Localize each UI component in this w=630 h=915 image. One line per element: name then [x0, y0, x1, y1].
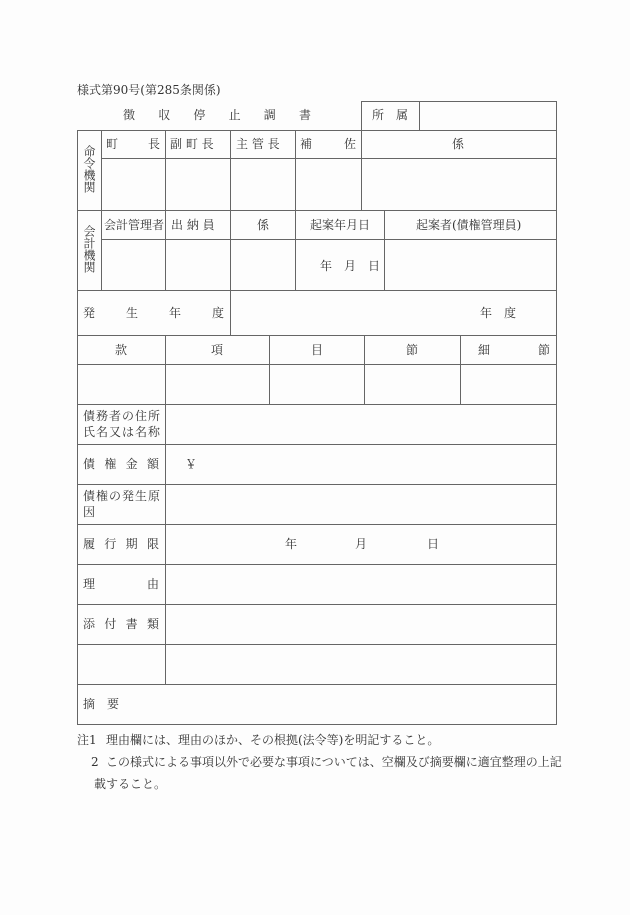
label-part: 佐: [344, 137, 356, 151]
deadline-label: 履 行 期 限: [83, 537, 159, 551]
label-part: 節: [538, 343, 550, 357]
col-staff: 係: [452, 137, 464, 151]
col-mayor: 町 長: [106, 137, 160, 151]
label-char: 金: [126, 457, 138, 471]
col-drafter: 起案者(債権管理員): [416, 218, 521, 232]
label-char: 発: [83, 306, 95, 320]
setsu-field[interactable]: [365, 365, 460, 404]
label-char: 生: [126, 306, 138, 320]
label-char: 度: [212, 306, 224, 320]
draft-date-day: 日: [368, 259, 380, 273]
draft-date-month: 月: [344, 259, 356, 273]
fiscal-year-label: 発 生 年 度: [83, 306, 224, 320]
title-char: 収: [158, 108, 170, 122]
note-1-number: 注1: [77, 733, 97, 747]
label-char: 限: [147, 537, 159, 551]
saisetsu-field[interactable]: [461, 365, 556, 404]
accounting-staff-seal-field[interactable]: [231, 240, 295, 290]
debtor-label-line2: 氏名又は名称: [83, 425, 161, 439]
moku-field[interactable]: [270, 365, 364, 404]
col-accounting-staff: 係: [257, 218, 269, 232]
label-part: 町: [106, 137, 118, 151]
amount-field[interactable]: [200, 445, 556, 484]
title-char: 書: [299, 108, 311, 122]
draft-date-year: 年: [320, 259, 332, 273]
amount-label: 債 権 金 額: [83, 457, 159, 471]
debtor-label-line1: 債務者の住所: [83, 409, 161, 423]
assistant-seal-field[interactable]: [296, 159, 361, 210]
debtor-field[interactable]: [166, 405, 556, 444]
label-char: 行: [104, 537, 116, 551]
label-char: 期: [126, 537, 138, 551]
col-saisetsu: 細 節: [478, 343, 550, 357]
col-department-head: 主 管 長: [236, 137, 280, 151]
label-char: 書: [126, 617, 138, 631]
deputy-mayor-seal-field[interactable]: [166, 159, 230, 210]
label-char: 理: [83, 577, 95, 591]
affiliation-field[interactable]: [420, 102, 555, 129]
col-deputy-mayor: 副 町 長: [170, 137, 214, 151]
deadline-month: 月: [355, 537, 367, 551]
mayor-seal-field[interactable]: [102, 159, 165, 210]
department-head-seal-field[interactable]: [231, 159, 295, 210]
accounting-section-label: 会計機関: [82, 225, 96, 273]
kou-field[interactable]: [166, 365, 269, 404]
label-part: 細: [478, 343, 490, 357]
title-char: 徴: [123, 108, 135, 122]
label-char: 年: [169, 306, 181, 320]
blank-value-field[interactable]: [166, 645, 556, 684]
note-1-text: 理由欄には、理由のほか、その根拠(法令等)を明記すること。: [106, 733, 439, 747]
cashier-seal-field[interactable]: [166, 240, 230, 290]
label-part: 補: [300, 137, 312, 151]
label-char: 付: [104, 617, 116, 631]
label-char: 由: [147, 577, 159, 591]
kan-field[interactable]: [78, 365, 165, 404]
origin-label-line1: 債権の発生原: [83, 489, 161, 503]
col-cashier: 出 納 員: [171, 218, 215, 232]
deadline-day: 日: [427, 537, 439, 551]
yen-symbol: ￥: [185, 457, 197, 471]
summary-label: 摘 要: [83, 697, 119, 711]
note-2-continuation: 載すること。: [94, 777, 166, 791]
col-draft-date: 起案年月日: [310, 218, 370, 232]
label-part: 長: [148, 137, 160, 151]
attachments-field[interactable]: [166, 605, 556, 644]
attachments-label: 添 付 書 類: [83, 617, 159, 631]
affiliation-label: 所 属: [372, 108, 408, 122]
label-char: 履: [83, 537, 95, 551]
title-char: 調: [264, 108, 276, 122]
col-accounting-manager: 会計管理者: [104, 218, 164, 232]
summary-field[interactable]: [130, 685, 556, 724]
staff-seal-field[interactable]: [362, 159, 556, 210]
col-kou: 項: [211, 343, 223, 357]
accounting-manager-seal-field[interactable]: [102, 240, 165, 290]
note-2-text: この様式による事項以外で必要な事項については、空欄及び摘要欄に適宜整理の上記: [106, 755, 562, 769]
reason-label: 理 由: [83, 577, 159, 591]
note-2-number: 2: [91, 755, 99, 769]
title-char: 止: [229, 108, 241, 122]
reason-field[interactable]: [166, 565, 556, 604]
origin-field[interactable]: [166, 485, 556, 524]
blank-label-field[interactable]: [78, 645, 165, 684]
label-char: 額: [147, 457, 159, 471]
title-char: 停: [193, 108, 205, 122]
drafter-field[interactable]: [385, 240, 556, 290]
label-char: 添: [83, 617, 95, 631]
col-setsu: 節: [406, 343, 418, 357]
form-number: 様式第90号(第285条関係): [77, 83, 221, 97]
form-title: 徴 収 停 止 調 書: [123, 108, 311, 122]
label-char: 類: [147, 617, 159, 631]
label-char: 権: [104, 457, 116, 471]
col-moku: 目: [311, 343, 323, 357]
command-section-label: 命令機関: [82, 145, 96, 193]
label-char: 債: [83, 457, 95, 471]
fiscal-year-suffix: 年 度: [480, 306, 516, 320]
deadline-year: 年: [285, 537, 297, 551]
col-assistant: 補 佐: [300, 137, 356, 151]
origin-label-line2: 因: [83, 505, 95, 519]
col-kan: 款: [115, 343, 127, 357]
